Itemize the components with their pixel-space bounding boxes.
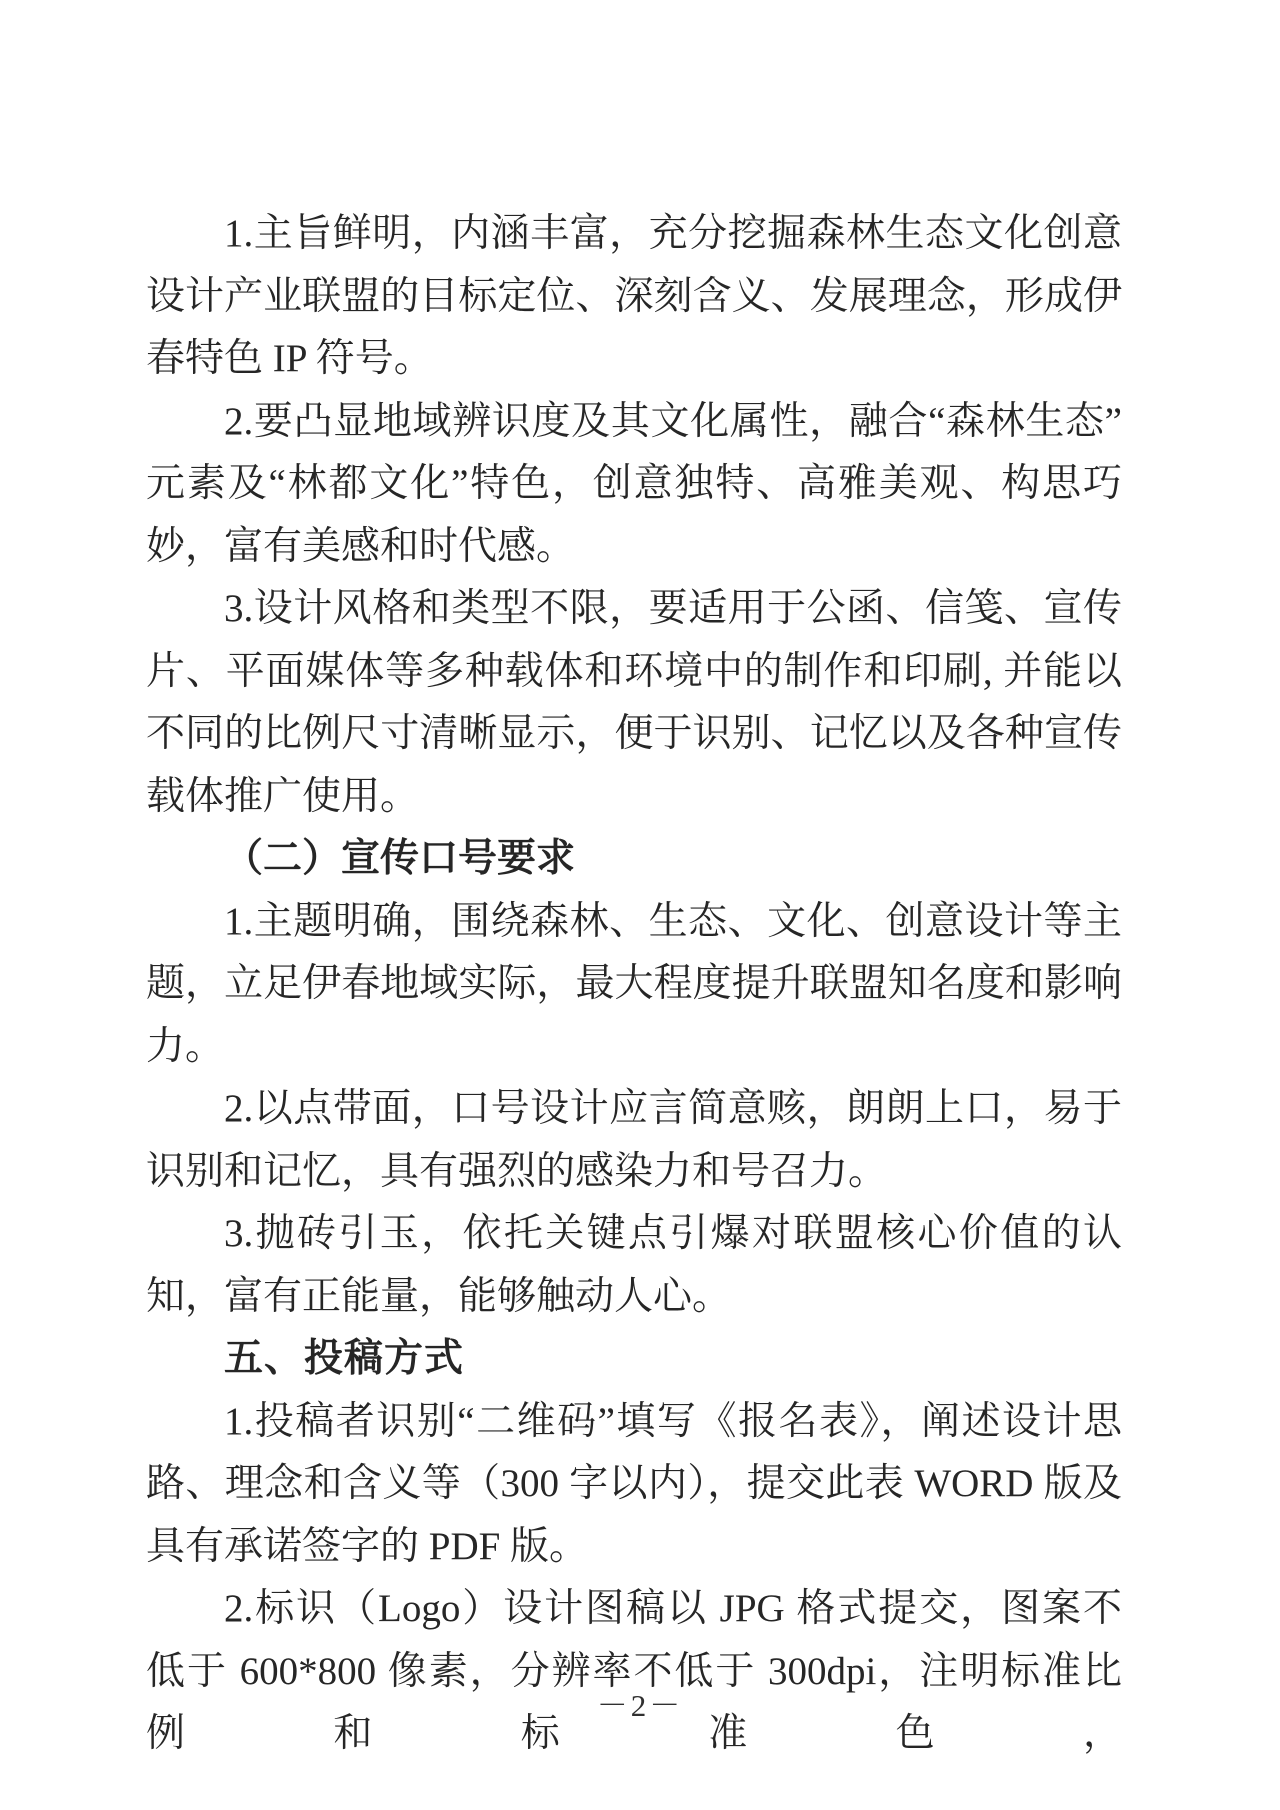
section-heading-submission-method: 五、投稿方式 [146,1328,1122,1391]
section-heading-slogan-requirements: （二）宣传口号要求 [146,828,1122,891]
paragraph-slogan-requirement-2: 2.以点带面，口号设计应言简意赅，朗朗上口，易于识别和记忆，具有强烈的感染力和号… [146,1078,1122,1203]
paragraph-slogan-requirement-3: 3.抛砖引玉，依托关键点引爆对联盟核心价值的认知，富有正能量，能够触动人心。 [146,1203,1122,1328]
page-number: －2－ [0,1680,1280,1725]
paragraph-slogan-requirement-1: 1.主题明确，围绕森林、生态、文化、创意设计等主题，立足伊春地域实际，最大程度提… [146,891,1122,1079]
paragraph-logo-requirement-2: 2.要凸显地域辨识度及其文化属性，融合“森林生态”元素及“林都文化”特色，创意独… [146,391,1122,579]
document-page: 1.主旨鲜明，内涵丰富，充分挖掘森林生态文化创意设计产业联盟的目标定位、深刻含义… [0,0,1280,1810]
paragraph-submission-2: 2.标识（Logo）设计图稿以 JPG 格式提交，图案不低于 600*800 像… [146,1578,1122,1766]
paragraph-logo-requirement-3: 3.设计风格和类型不限，要适用于公函、信笺、宣传片、平面媒体等多种载体和环境中的… [146,578,1122,828]
document-body: 1.主旨鲜明，内涵丰富，充分挖掘森林生态文化创意设计产业联盟的目标定位、深刻含义… [146,203,1122,1766]
paragraph-submission-1: 1.投稿者识别“二维码”填写《报名表》，阐述设计思路、理念和含义等（300 字以… [146,1391,1122,1579]
paragraph-logo-requirement-1: 1.主旨鲜明，内涵丰富，充分挖掘森林生态文化创意设计产业联盟的目标定位、深刻含义… [146,203,1122,391]
